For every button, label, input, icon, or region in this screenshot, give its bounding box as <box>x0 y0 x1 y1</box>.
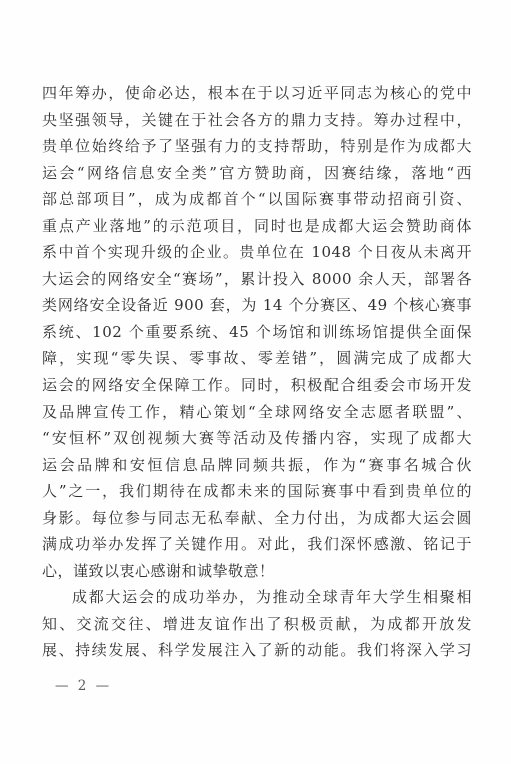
text-line: 贵单位始终给予了坚强有力的支持帮助，特别是作为成都大 <box>42 133 472 160</box>
text-line: 运会“网络信息安全类”官方赞助商，因赛结缘，落地“西 <box>42 160 472 187</box>
page-number: — 2 — <box>55 678 112 694</box>
text-line: 类网络安全设备近 900 套，为 14 个分赛区、49 个核心赛事 <box>42 292 472 319</box>
text-line: 及品牌宣传工作，精心策划“全球网络安全志愿者联盟”、 <box>42 399 472 426</box>
text-line: 满成功举办发挥了关键作用。对此，我们深怀感激、铭记于 <box>42 531 472 558</box>
text-line: 心，谨致以衷心感谢和诚挚敬意！ <box>42 558 472 585</box>
text-line: 展、持续发展、科学发展注入了新的动能。我们将深入学习 <box>42 637 472 664</box>
text-line: “安恒杯”双创视频大赛等活动及传播内容，实现了成都大 <box>42 425 472 452</box>
text-line: 障，实现“零失误、零事故、零差错”，圆满完成了成都大 <box>42 345 472 372</box>
text-line: 央坚强领导，关键在于社会各方的鼎力支持。筹办过程中， <box>42 107 472 134</box>
text-line: 人”之一，我们期待在成都未来的国际赛事中看到贵单位的 <box>42 478 472 505</box>
text-line: 重点产业落地”的示范项目，同时也是成都大运会赞助商体 <box>42 213 472 240</box>
text-line: 系统、102 个重要系统、45 个场馆和训练场馆提供全面保 <box>42 319 472 346</box>
text-line: 运会品牌和安恒信息品牌同频共振，作为“赛事名城合伙 <box>42 452 472 479</box>
text-line: 运会的网络安全保障工作。同时，积极配合组委会市场开发 <box>42 372 472 399</box>
text-line: 身影。每位参与同志无私奉献、全力付出，为成都大运会圆 <box>42 505 472 532</box>
text-line: 系中首个实现升级的企业。贵单位在 1048 个日夜从未离开 <box>42 239 472 266</box>
document-page: 四年筹办，使命必达，根本在于以习近平同志为核心的党中央坚强领导，关键在于社会各方… <box>0 0 511 764</box>
text-line: 部总部项目”，成为成都首个“以国际赛事带动招商引资、 <box>42 186 472 213</box>
text-line: 四年筹办，使命必达，根本在于以习近平同志为核心的党中 <box>42 80 472 107</box>
text-line: 知、交流交往、增进友谊作出了积极贡献，为成都开放发 <box>42 611 472 638</box>
text-line: 成都大运会的成功举办，为推动全球青年大学生相聚相 <box>42 584 472 611</box>
letter-body: 四年筹办，使命必达，根本在于以习近平同志为核心的党中央坚强领导，关键在于社会各方… <box>42 80 472 664</box>
text-line: 大运会的网络安全“赛场”，累计投入 8000 余人天，部署各 <box>42 266 472 293</box>
